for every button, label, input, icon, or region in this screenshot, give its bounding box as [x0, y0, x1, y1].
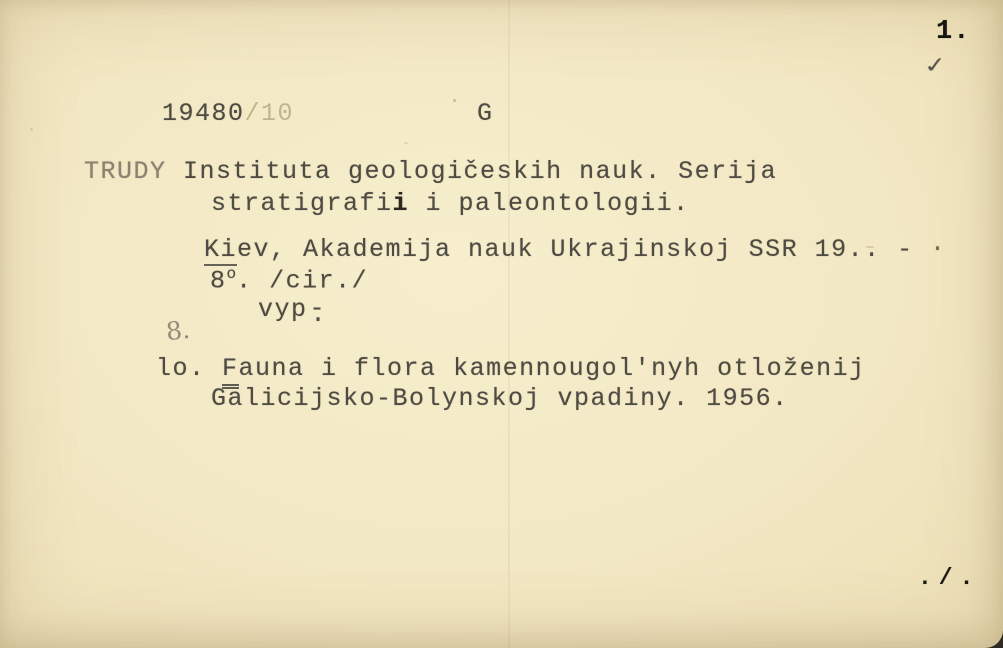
entry-number: lo. [156, 354, 222, 383]
title-lead: TRUDY [84, 157, 167, 186]
title-line2-emph: i [393, 189, 410, 218]
imprint-line2-rest: . /cir./ [236, 266, 368, 295]
stray-ink-dot: . [930, 230, 947, 258]
title-line2-pre: stratigrafi [211, 189, 393, 218]
section-letter: G [477, 100, 494, 128]
volume-overstrike: -. [308, 299, 324, 324]
entry-line1: lo. Fauna i flora kamennougol'nyh otlože… [156, 355, 866, 383]
page-number: 1. [936, 18, 970, 48]
title-rest: Instituta geologičeskih nauk. Serija [167, 157, 778, 186]
paper-speck [30, 128, 33, 131]
imprint-line1-rest: ev, Akademija nauk Ukrajinskoj SSR 19.. … [237, 235, 914, 264]
paper-speck [453, 99, 456, 102]
paper-crease [508, 0, 510, 648]
imprint-line2: 8o. /cir./ [210, 266, 368, 295]
imprint-city-underlined: Ki [204, 235, 237, 266]
overstrike-dot: . [311, 301, 328, 329]
imprint-line3: vyp-. [258, 296, 324, 324]
continuation-mark: ./. [918, 566, 980, 591]
entry-title-rest: auna i flora kamennougol'nyh otloženij [239, 354, 866, 383]
format-size: 8 [210, 266, 227, 295]
title-line1: TRUDY Instituta geologičeskih nauk. Seri… [84, 158, 777, 186]
title-line2-rest: i paleontologii. [409, 189, 690, 218]
title-line2: stratigrafii i paleontologii. [211, 190, 690, 218]
paper-speck [404, 142, 408, 144]
volume-label: vyp [258, 295, 308, 324]
imprint-line1: Kiev, Akademija nauk Ukrajinskoj SSR 19.… [204, 236, 914, 264]
entry-line2: Galicijsko-Bolynskoj vpadiny. 1956. [211, 385, 789, 413]
pencil-note: 8. [165, 315, 192, 346]
checkmark-icon: ✓ [924, 51, 946, 80]
paper-speck [866, 246, 874, 248]
call-number: 19480/10 [162, 100, 294, 128]
catalog-card: 1. ✓ 19480/10 G TRUDY Instituta geologič… [0, 0, 1003, 648]
format-sup: o [227, 265, 237, 283]
call-number-faded: /10 [245, 99, 295, 128]
call-number-main: 19480 [162, 99, 245, 128]
